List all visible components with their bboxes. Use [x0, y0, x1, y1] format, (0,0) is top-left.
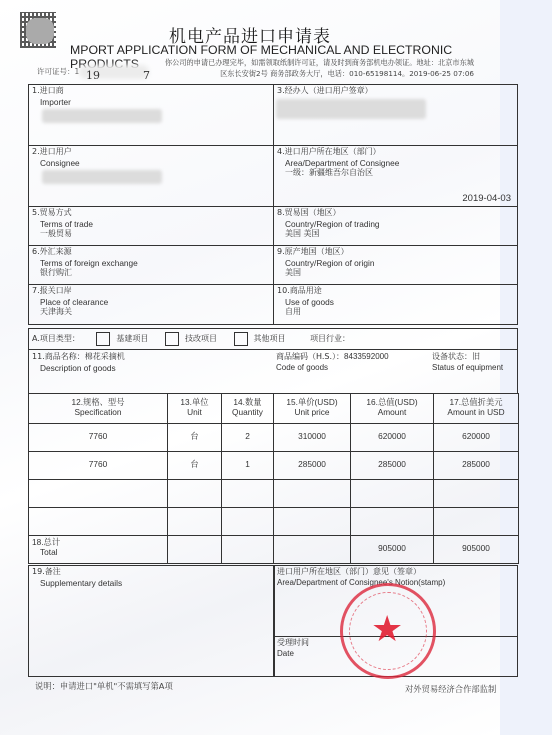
total-cell: 905000 [350, 535, 434, 564]
field-consignee: 2.进口用户 Consignee [28, 145, 274, 207]
table-cell: 285000 [433, 451, 519, 480]
star-icon: ★ [371, 612, 403, 648]
footer-issuer: 对外贸易经济合作部监制 [405, 683, 496, 695]
checkbox-tech-upgrade[interactable] [165, 332, 179, 346]
table-cell: 310000 [273, 423, 351, 452]
table-cell: 620000 [433, 423, 519, 452]
table-header-cell: 17.总值折美元Amount in USD [433, 393, 519, 424]
field-handler: 3.经办人（进口用户签章） [273, 84, 518, 146]
checkbox-other[interactable] [234, 332, 248, 346]
project-type-row: A.项目类型： 基建项目 技改项目 其他项目 项目行业： [28, 328, 518, 350]
table-cell [28, 479, 168, 508]
field-country-origin: 9.原产地国（地区） Country/Region of origin 美国 [273, 245, 518, 285]
table-cell: 台 [167, 451, 222, 480]
table-cell: 7760 [28, 451, 168, 480]
table-cell [273, 479, 351, 508]
footer-note: 说明：申请进口"单机"不需填写第A项 [35, 680, 173, 692]
application-form-document: 机电产品进口申请表 MPORT APPLICATION FORM OF MECH… [0, 0, 500, 735]
redacted-consignee [42, 170, 162, 184]
application-date: 2019-04-03 [462, 194, 511, 205]
table-cell [433, 507, 519, 536]
goods-description-row: 11.商品名称：棉花采摘机 Description of goods 商品编码（… [28, 349, 518, 394]
handwritten-mark: 19 [86, 69, 100, 82]
table-cell [433, 479, 519, 508]
total-label-cell: 18.总计Total [28, 535, 168, 564]
table-cell [167, 479, 222, 508]
total-cell [273, 535, 351, 564]
table-cell [350, 479, 434, 508]
table-header-cell: 13.单位Unit [167, 393, 222, 424]
total-cell: 905000 [433, 535, 519, 564]
field-use-of-goods: 10.商品用途 Use of goods 自用 [273, 284, 518, 325]
table-cell [350, 507, 434, 536]
table-cell [221, 507, 274, 536]
table-cell [167, 507, 222, 536]
table-cell [221, 479, 274, 508]
table-cell [273, 507, 351, 536]
table-cell: 285000 [273, 451, 351, 480]
total-cell [221, 535, 274, 564]
table-header-cell: 14.数量Quantity [221, 393, 274, 424]
field-importer: 1.进口商 Importer [28, 84, 274, 146]
handwritten-mark: 7 [143, 69, 150, 82]
table-cell: 285000 [350, 451, 434, 480]
checkbox-infrastructure[interactable] [96, 332, 110, 346]
table-cell [28, 507, 168, 536]
official-stamp: ★ [340, 583, 436, 679]
field-terms-of-trade: 5.贸易方式 Terms of trade 一般贸易 [28, 206, 274, 246]
table-header-cell: 12.规格、型号Specification [28, 393, 168, 424]
field-place-of-clearance: 7.报关口岸 Place of clearance 天津海关 [28, 284, 274, 325]
field-consignee-area: 4.进口用户所在地区（部门） Area/Department of Consig… [273, 145, 518, 207]
table-header-cell: 16.总值(USD)Amount [350, 393, 434, 424]
table-cell: 1 [221, 451, 274, 480]
field-country-trading: 8.贸易国（地区） Country/Region of trading 美国 美… [273, 206, 518, 246]
total-cell [167, 535, 222, 564]
table-cell: 620000 [350, 423, 434, 452]
table-cell: 台 [167, 423, 222, 452]
approval-notice: 你公司的申请已办理完毕，如需领取纸制许可证，请及时到商务部机电办领证。地址：北京… [165, 58, 474, 79]
field-foreign-exchange: 6.外汇来源 Terms of foreign exchange 银行购汇 [28, 245, 274, 285]
table-header-cell: 15.单价(USD)Unit price [273, 393, 351, 424]
redacted-handler [276, 99, 426, 119]
field-remarks: 19.备注 Supplementary details [28, 565, 275, 677]
redacted-importer [42, 109, 162, 123]
table-cell: 2 [221, 423, 274, 452]
table-cell: 7760 [28, 423, 168, 452]
